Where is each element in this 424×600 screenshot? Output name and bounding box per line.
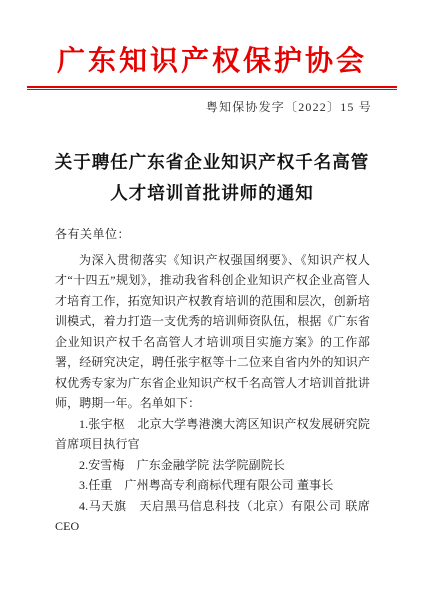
lecturer-item-1: 1.张宇枢 北京大学粤港澳大湾区知识产权发展研究院 首席项目执行官: [55, 414, 370, 455]
lecturer-item-3: 3.任重 广州粤高专利商标代理有限公司 董事长: [55, 475, 370, 496]
lecturer-item-4: 4.马天旗 天启黑马信息科技（北京）有限公司 联席 CEO: [55, 496, 370, 537]
notice-title-line1: 关于聘任广东省企业知识产权千名高管: [30, 147, 394, 178]
salutation: 各有关单位：: [55, 224, 370, 245]
body-paragraph: 为深入贯彻落实《知识产权强国纲要》、《知识产权人才“十四五”规划》，推动我省科创…: [55, 250, 370, 414]
lecturer-list: 1.张宇枢 北京大学粤港澳大湾区知识产权发展研究院 首席项目执行官 2.安雪梅 …: [0, 414, 424, 537]
notice-title: 关于聘任广东省企业知识产权千名高管 人才培训首批讲师的通知: [30, 147, 394, 209]
letterhead: 广东知识产权保护协会 粤知保协发字〔2022〕15 号: [0, 44, 424, 115]
letterhead-org-name: 广东知识产权保护协会: [27, 44, 397, 80]
lecturer-item-2: 2.安雪梅 广东金融学院 法学院副院长: [55, 455, 370, 476]
red-double-rule: [27, 86, 397, 90]
notice-title-line2: 人才培训首批讲师的通知: [30, 178, 394, 209]
document-number: 粤知保协发字〔2022〕15 号: [0, 99, 424, 115]
official-notice-page: 广东知识产权保护协会 粤知保协发字〔2022〕15 号 关于聘任广东省企业知识产…: [0, 0, 424, 600]
